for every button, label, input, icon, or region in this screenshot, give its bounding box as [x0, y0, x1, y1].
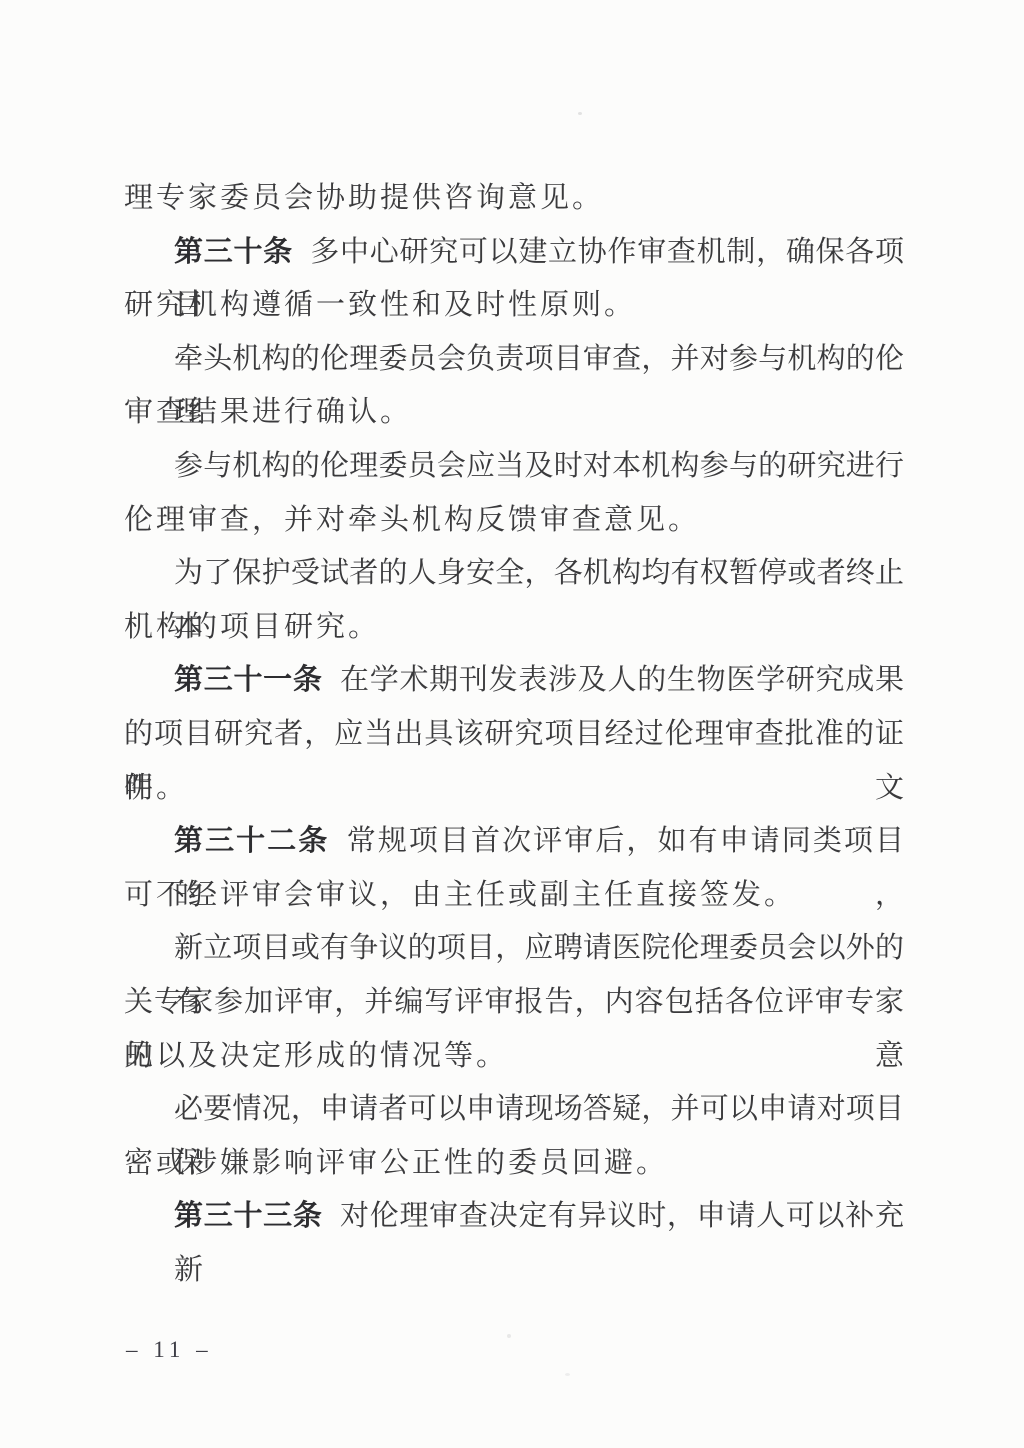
- line-text: 在学术期刊发表涉及人的生物医学研究成果: [340, 664, 904, 696]
- text-line: 审查结果进行确认。: [124, 386, 904, 440]
- line-text: 件。: [124, 772, 188, 804]
- text-block: 理专家委员会协助提供咨询意见。第三十条多中心研究可以建立协作审查机制，确保各项目…: [124, 172, 904, 1244]
- text-line: 密或涉嫌影响评审公正性的委员回避。: [124, 1137, 904, 1191]
- line-text: 理专家委员会协助提供咨询意见。: [124, 182, 604, 214]
- line-text: 可不经评审会审议，由主任或副主任直接签发。: [124, 879, 796, 911]
- article-number: 第三十二条: [174, 825, 329, 857]
- text-line: 机构的项目研究。: [124, 601, 904, 655]
- text-line: 研究机构遵循一致性和及时性原则。: [124, 279, 904, 333]
- line-text: 参与机构的伦理委员会应当及时对本机构参与的研究进行: [174, 450, 904, 482]
- text-line: 第三十三条对伦理审查决定有异议时，申请人可以补充新: [124, 1190, 904, 1244]
- text-line: 为了保护受试者的人身安全，各机构均有权暂停或者终止本: [124, 547, 904, 601]
- text-line: 可不经评审会审议，由主任或副主任直接签发。: [124, 869, 904, 923]
- text-line: 牵头机构的伦理委员会负责项目审查，并对参与机构的伦理: [124, 333, 904, 387]
- article-number: 第三十条: [174, 236, 293, 268]
- line-text: 审查结果进行确认。: [124, 396, 412, 428]
- text-line: 第三十条多中心研究可以建立协作审查机制，确保各项目: [124, 226, 904, 280]
- line-text: 的项目研究者，应当出具该研究项目经过伦理审查批准的证明文: [124, 718, 904, 804]
- text-line: 伦理审查，并对牵头机构反馈审查意见。: [124, 494, 904, 548]
- text-line: 的项目研究者，应当出具该研究项目经过伦理审查批准的证明文: [124, 708, 904, 762]
- scan-artifact: [507, 1334, 511, 1338]
- text-line: 必要情况，申请者可以申请现场答疑，并可以申请对项目保: [124, 1083, 904, 1137]
- text-line: 第三十一条在学术期刊发表涉及人的生物医学研究成果: [124, 654, 904, 708]
- scan-artifact: [565, 1373, 570, 1376]
- line-text: 机构的项目研究。: [124, 611, 380, 643]
- scan-artifact: [578, 112, 582, 115]
- line-text: 见以及决定形成的情况等。: [124, 1040, 508, 1072]
- article-number: 第三十三条: [174, 1200, 323, 1232]
- page-number: – 11 –: [126, 1330, 213, 1370]
- text-line: 新立项目或有争议的项目，应聘请医院伦理委员会以外的有: [124, 922, 904, 976]
- line-text: 伦理审查，并对牵头机构反馈审查意见。: [124, 504, 700, 536]
- article-number: 第三十一条: [174, 664, 323, 696]
- text-line: 第三十二条常规项目首次评审后，如有申请同类项目的，: [124, 815, 904, 869]
- line-text: 密或涉嫌影响评审公正性的委员回避。: [124, 1147, 668, 1179]
- line-text: 研究机构遵循一致性和及时性原则。: [124, 289, 636, 321]
- text-line: 关专家参加评审，并编写评审报告，内容包括各位评审专家的意: [124, 976, 904, 1030]
- text-line: 参与机构的伦理委员会应当及时对本机构参与的研究进行: [124, 440, 904, 494]
- text-line: 理专家委员会协助提供咨询意见。: [124, 172, 904, 226]
